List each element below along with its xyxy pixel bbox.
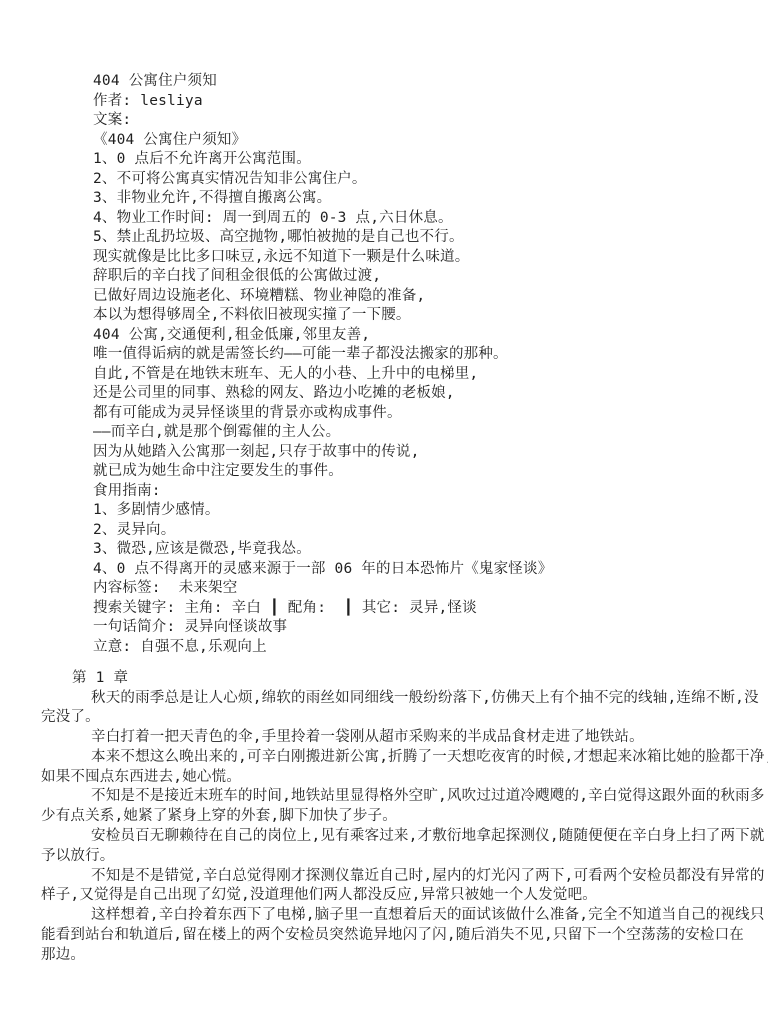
body-line: 少有点关系,她紧了紧身上穿的外套,脚下加快了步子。 (41, 807, 740, 827)
body-line: 如果不囤点东西进去,她心慌。 (41, 768, 740, 788)
body-line: 秋天的雨季总是让人心烦,绵软的雨丝如同细线一般纷纷落下,仿佛天上有个抽不完的线轴… (41, 689, 740, 709)
author-line: 作者: lesliya (93, 92, 740, 112)
body-line: 辛白打着一把天青色的伞,手里拎着一袋刚从超市采购来的半成品食材走进了地铁站。 (41, 728, 740, 748)
document-page: 404 公寓住户须知 作者: lesliya 文案: 《404 公寓住户须知》 … (0, 0, 768, 1024)
body-line: 本来不想这么晚出来的,可辛白刚搬进新公寓,折腾了一天想吃夜宵的时候,才想起来冰箱… (41, 748, 740, 768)
rule-line-4: 4、物业工作时间: 周一到周五的 0-3 点,六日休息。 (93, 209, 740, 229)
text-line: 《404 公寓住户须知》 (93, 131, 740, 151)
synopsis-label: 文案: (93, 111, 740, 131)
rule-line-3: 3、非物业允许,不得擅自搬离公寓。 (93, 189, 740, 209)
guide-line-2: 2、灵异向。 (93, 521, 740, 541)
rule-line-1: 1、0 点后不允许离开公寓范围。 (93, 150, 740, 170)
body-line: 这样想着,辛白拎着东西下了电梯,脑子里一直想着后天的面试该做什么准备,完全不知道… (41, 906, 740, 926)
guide-line-3: 3、微恐,应该是微恐,毕竟我怂。 (93, 540, 740, 560)
guide-line-4: 4、0 点不得离开的灵感来源于一部 06 年的日本恐怖片《鬼家怪谈》 (93, 560, 740, 580)
body-line: 予以放行。 (41, 847, 740, 867)
guide-line-1: 1、多剧情少感情。 (93, 501, 740, 521)
text-line: 404 公寓,交通便利,租金低廉,邻里友善, (93, 326, 740, 346)
body-line: 那边。 (41, 946, 740, 966)
novel-title: 404 公寓住户须知 (93, 72, 740, 92)
novel-header-block: 404 公寓住户须知 作者: lesliya 文案: 《404 公寓住户须知》 … (93, 72, 740, 657)
text-line: 唯一值得诟病的就是需签长约——可能一辈子都没法搬家的那种。 (93, 345, 740, 365)
chapter-heading: 第 1 章 (72, 669, 740, 689)
search-keywords-line: 搜索关键字: 主角: 辛白 ┃ 配角: ┃ 其它: 灵异,怪谈 (93, 599, 740, 619)
content-tags-line: 内容标签: 未来架空 (93, 579, 740, 599)
text-line: 本以为想得够周全,不料依旧被现实撞了一下腰。 (93, 306, 740, 326)
body-line: 不知是不是接近末班车的时间,地铁站里显得格外空旷,风吹过过道冷飕飕的,辛白觉得这… (41, 787, 740, 807)
theme-line: 立意: 自强不息,乐观向上 (93, 638, 740, 658)
one-line-summary: 一句话简介: 灵异向怪谈故事 (93, 618, 740, 638)
text-line: 都有可能成为灵异怪谈里的背景亦或构成事件。 (93, 404, 740, 424)
body-line: 不知是不是错觉,辛白总觉得刚才探测仪靠近自己时,屋内的灯光闪了两下,可看两个安检… (41, 867, 740, 887)
text-line: 因为从她踏入公寓那一刻起,只存于故事中的传说, (93, 443, 740, 463)
rule-line-2: 2、不可将公寓真实情况告知非公寓住户。 (93, 170, 740, 190)
chapter-body: 秋天的雨季总是让人心烦,绵软的雨丝如同细线一般纷纷落下,仿佛天上有个抽不完的线轴… (41, 689, 740, 966)
body-line: 完没了。 (41, 708, 740, 728)
rule-line-5: 5、禁止乱扔垃圾、高空抛物,哪怕被抛的是自己也不行。 (93, 228, 740, 248)
reading-guide-label: 食用指南: (93, 482, 740, 502)
text-line: 就已成为她生命中注定要发生的事件。 (93, 462, 740, 482)
body-line: 安检员百无聊赖待在自己的岗位上,见有乘客过来,才敷衍地拿起探测仪,随随便便在辛白… (41, 827, 740, 847)
body-line: 样子,又觉得是自己出现了幻觉,没道理他们两人都没反应,异常只被她一个人发觉吧。 (41, 886, 740, 906)
text-line: 辞职后的辛白找了间租金很低的公寓做过渡, (93, 267, 740, 287)
text-line: 还是公司里的同事、熟稔的网友、路边小吃摊的老板娘, (93, 384, 740, 404)
body-line: 能看到站台和轨道后,留在楼上的两个安检员突然诡异地闪了闪,随后消失不见,只留下一… (41, 926, 740, 946)
text-line: 现实就像是比比多口味豆,永远不知道下一颗是什么味道。 (93, 248, 740, 268)
text-line: 已做好周边设施老化、环境糟糕、物业神隐的准备, (93, 287, 740, 307)
text-line: 自此,不管是在地铁末班车、无人的小巷、上升中的电梯里, (93, 365, 740, 385)
text-line: ——而辛白,就是那个倒霉催的主人公。 (93, 423, 740, 443)
